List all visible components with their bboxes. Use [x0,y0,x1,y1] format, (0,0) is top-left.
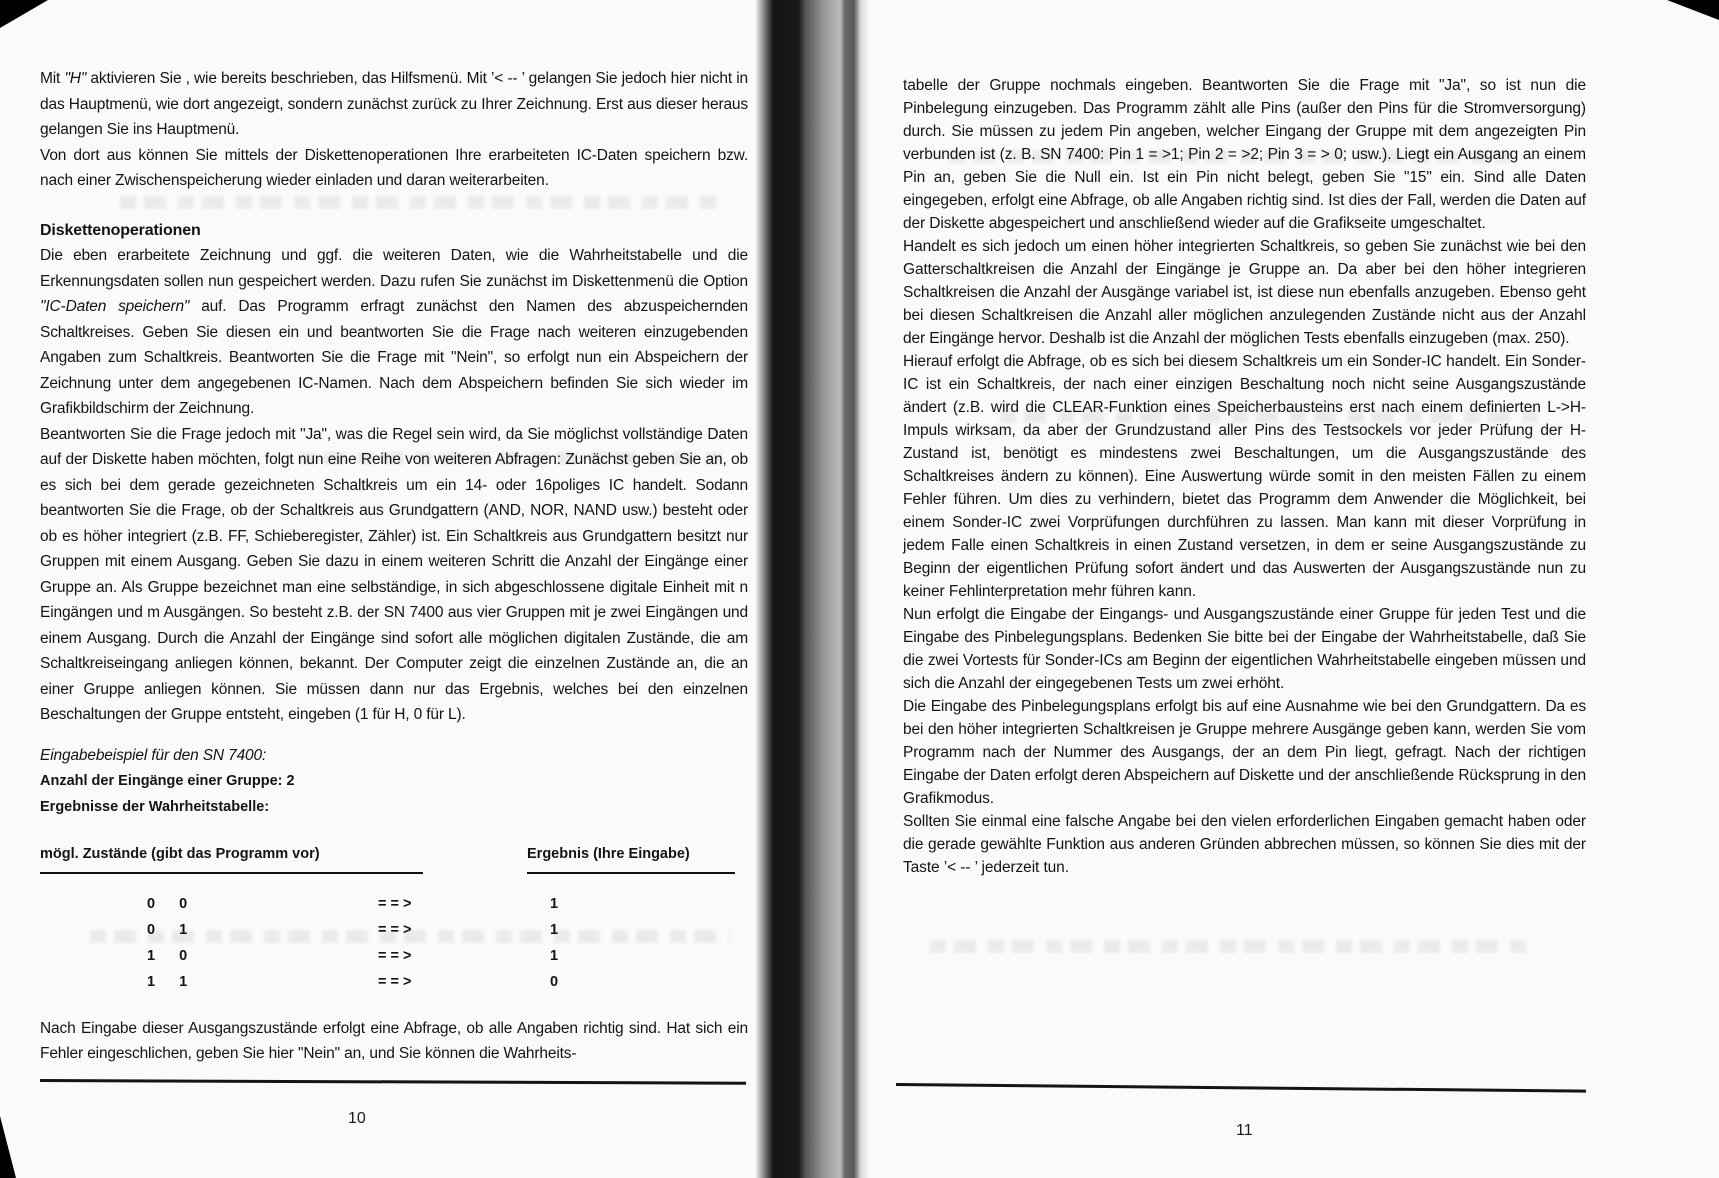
result-column-header: Ergebnis (Ihre Eingabe) [527,842,735,874]
paragraph: Beantworten Sie die Frage jedoch mit "Ja… [40,422,748,728]
paragraph: Sollten Sie einmal eine falsche Angabe b… [903,810,1586,879]
table-row: 1 0 = = > 1 [40,944,748,970]
arrow-symbol: = = > [378,944,550,970]
bleedthrough-smudge [90,930,730,943]
bleedthrough-smudge [950,150,1510,163]
states-column-header: mögl. Zustände (gibt das Programm vor) [40,842,423,874]
bleedthrough-smudge [930,940,1530,953]
input-states: 0 0 [147,892,378,918]
truth-table-header: mögl. Zustände (gibt das Programm vor) E… [40,842,748,874]
arrow-symbol: = = > [378,892,550,918]
paragraph-text: auf. Das Programm erfragt zunächst den N… [40,298,748,417]
example-title: Eingabebeispiel für den SN 7400: [40,743,748,769]
scan-artifact-corner [1667,0,1719,20]
footer-rule-left [40,1079,746,1085]
example-inputs-line: Anzahl der Eingänge einer Gruppe: 2 [40,768,748,794]
input-states: 1 1 [147,970,378,996]
footer-rule-right [896,1083,1586,1093]
paragraph: Hierauf erfolgt die Abfrage, ob es sich … [903,350,1586,603]
section-heading: Diskettenoperationen [40,218,748,244]
page-number: 11 [1236,1122,1253,1140]
paragraph-text: Die eben erarbeitete Zeichnung und ggf. … [40,247,748,290]
emphasized-text: "IC-Daten speichern" [40,298,189,315]
page-gutter-shadow [755,0,870,1178]
paragraph: Nun erfolgt die Eingabe der Eingangs- un… [903,603,1586,695]
paragraph: Die Eingabe des Pinbelegungsplans erfolg… [903,695,1586,810]
truth-table-body: 0 0 = = > 1 0 1 = = > 1 1 0 = = > 1 1 1 … [40,892,748,996]
right-page: tabelle der Gruppe nochmals eingeben. Be… [903,74,1586,879]
bleedthrough-smudge [1000,410,1540,423]
paragraph: Die eben erarbeitete Zeichnung und ggf. … [40,243,748,422]
paragraph: Von dort aus können Sie mittels der Disk… [40,143,748,194]
paragraph: Mit "H" aktivieren Sie , wie bereits bes… [40,66,748,143]
column-gap [423,842,527,874]
bleedthrough-smudge [120,196,720,209]
paragraph-text: Mit [40,70,64,87]
input-states: 1 0 [147,944,378,970]
bleedthrough-smudge [300,452,730,465]
result-value: 0 [550,970,590,996]
paragraph: Nach Eingabe dieser Ausgangszustände erf… [40,1016,748,1067]
table-row: 1 1 = = > 0 [40,970,748,996]
truth-table: mögl. Zustände (gibt das Programm vor) E… [40,842,748,996]
paragraph: Handelt es sich jedoch um einen höher in… [903,235,1586,350]
paragraph-text: aktivieren Sie , wie bereits beschrieben… [40,70,748,138]
arrow-symbol: = = > [378,970,550,996]
result-value: 1 [550,944,590,970]
table-row: 0 0 = = > 1 [40,892,748,918]
example-results-line: Ergebnisse der Wahrheitstabelle: [40,794,748,820]
scan-artifact-corner [0,0,48,28]
scan-artifact-corner [0,1116,16,1178]
result-value: 1 [550,892,590,918]
emphasized-text: "H" [64,70,86,87]
left-page: Mit "H" aktivieren Sie , wie bereits bes… [40,66,748,1067]
page-number: 10 [348,1110,366,1128]
scanned-manual-spread: { "document": { "left_page": { "page_num… [0,0,1719,1178]
